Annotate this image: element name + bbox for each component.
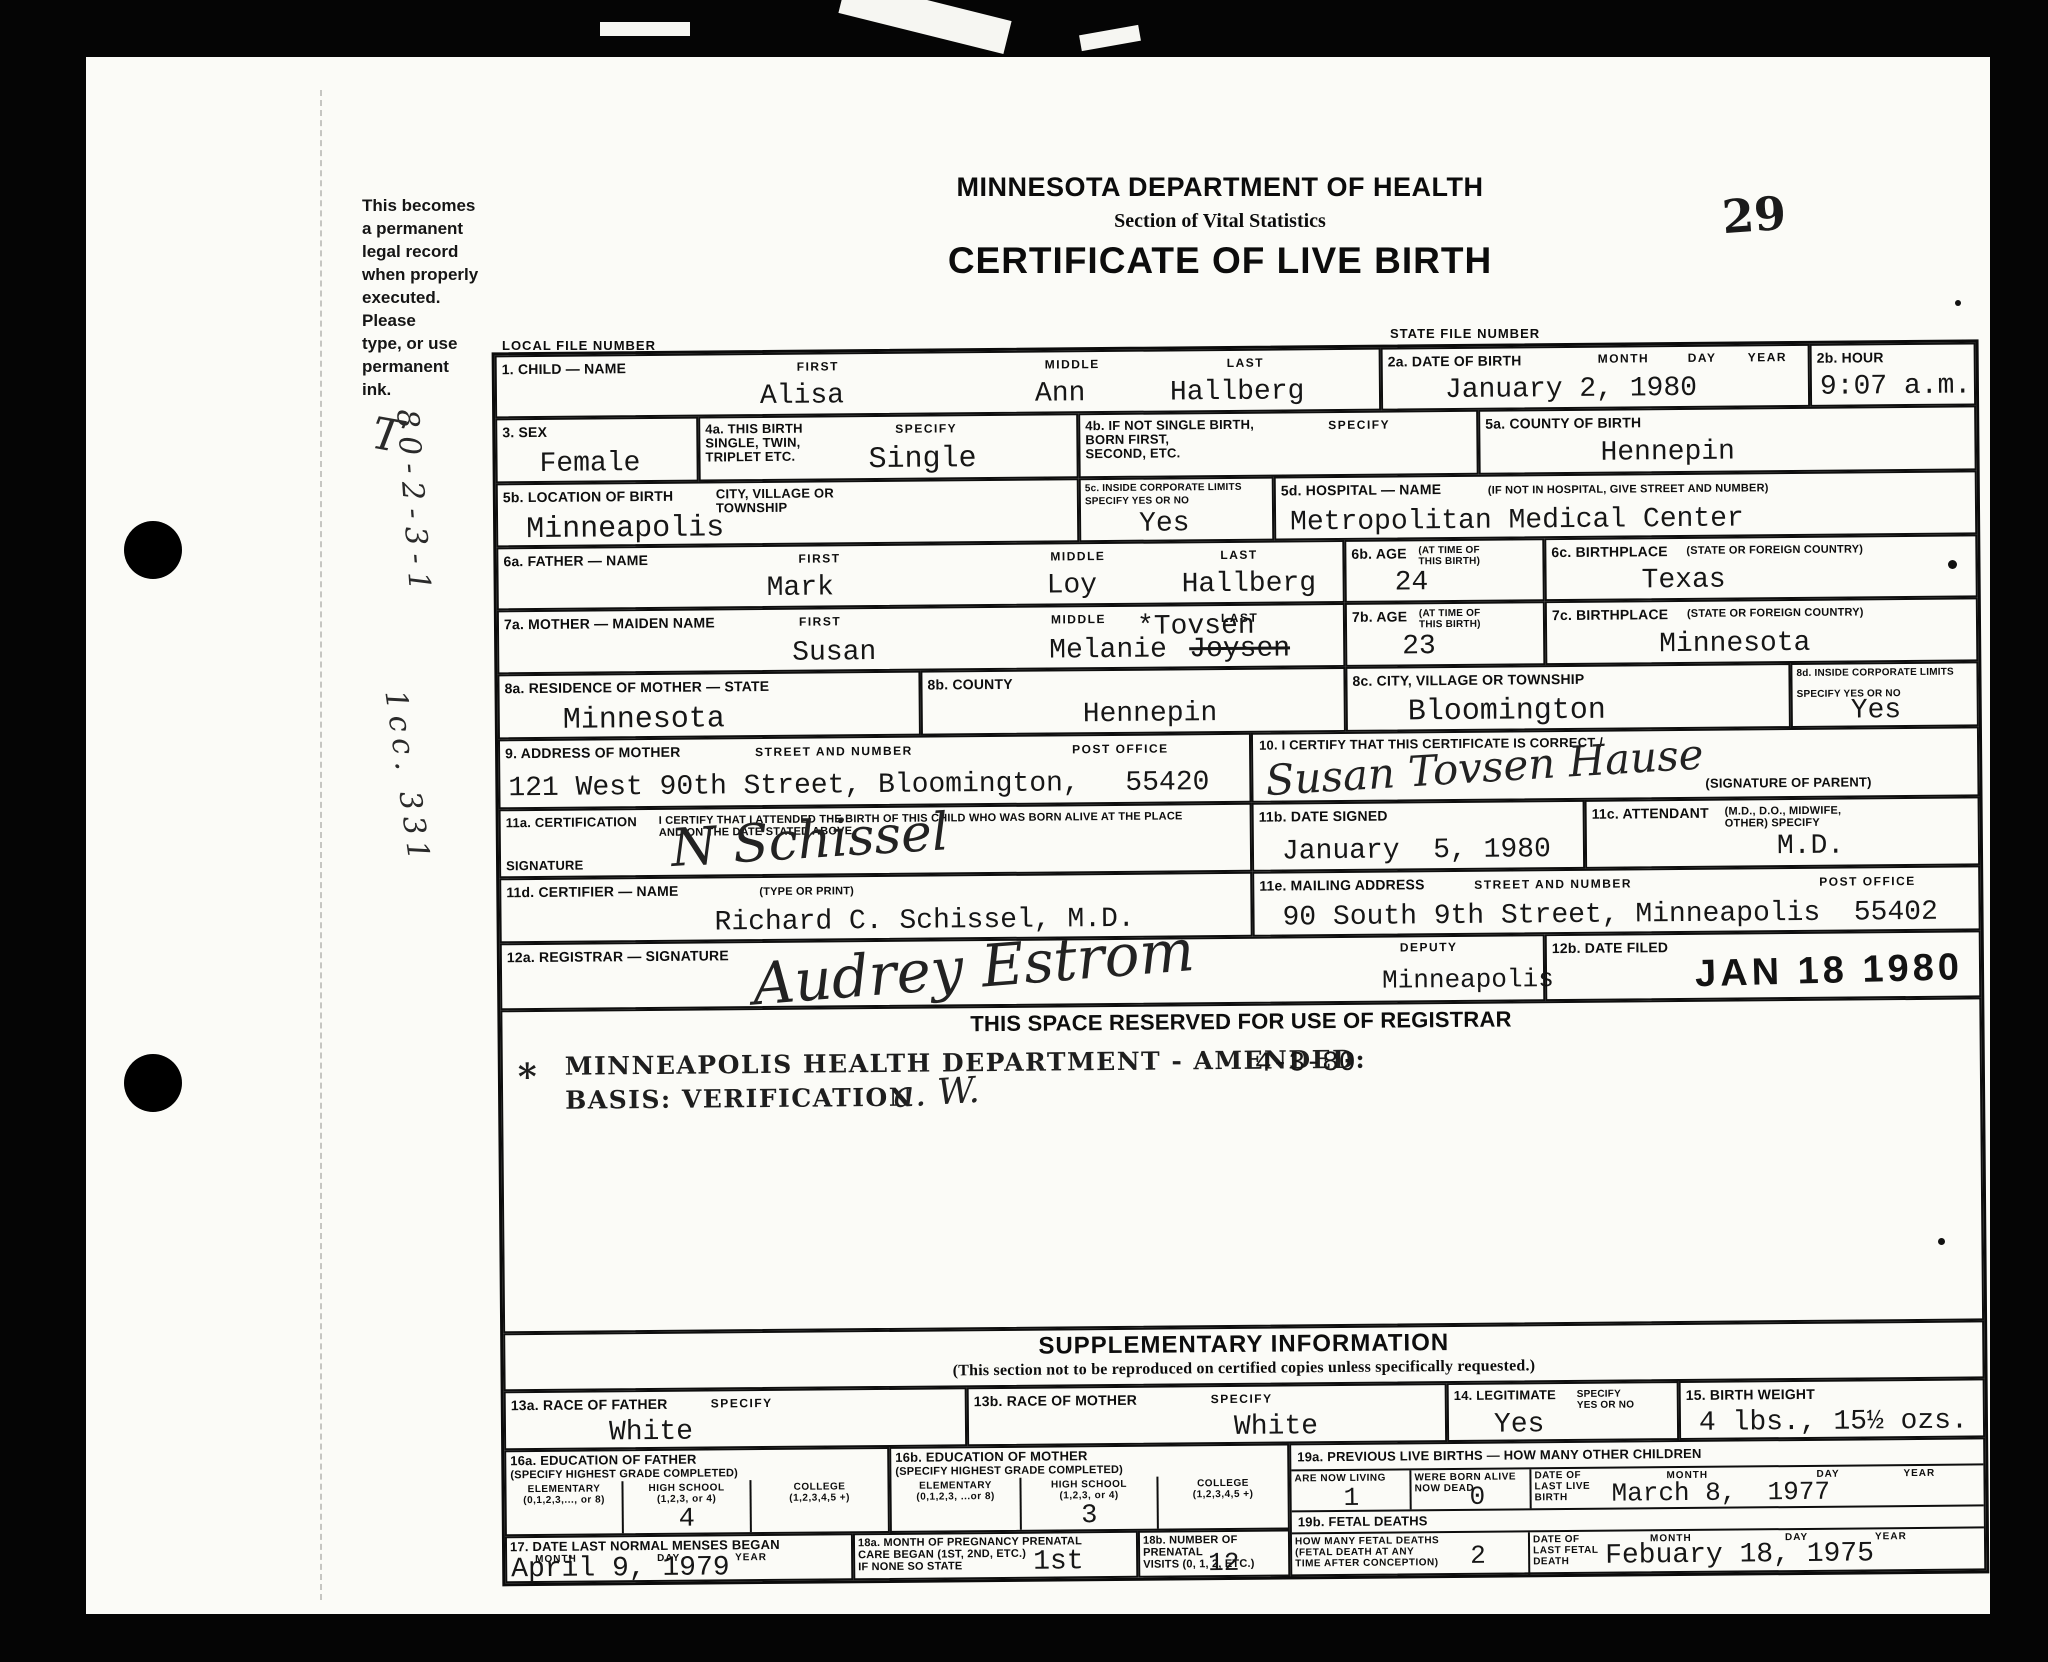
deputy-value: Minneapolis (1382, 964, 1554, 995)
scan-border-right (1990, 0, 2048, 1662)
mother-address-post-header: POST OFFICE (1072, 741, 1169, 756)
child-first-value: Alisa (760, 381, 844, 412)
prenatal-month-value: 1st (1033, 1547, 1084, 1577)
previous-births-living: ARE NOW LIVING 1 (1291, 1470, 1409, 1510)
last-fetal-death-header: DATE OF LAST FETAL DEATH (1533, 1534, 1599, 1568)
birth-order-specify-header: SPECIFY (1328, 418, 1390, 433)
hospital-label: 5d. HOSPITAL — NAME (1281, 481, 1442, 498)
mailing-address-label: 11e. MAILING ADDRESS (1259, 876, 1424, 893)
residence-state-label: 8a. RESIDENCE OF MOTHER — STATE (504, 678, 769, 696)
field-registrar-signature: 12a. REGISTRAR — SIGNATURE Audrey Estrom… (500, 934, 1546, 1010)
registrar-amended-date: 4-3-80 (1255, 1049, 1356, 1080)
mother-age-paren: (AT TIME OF THIS BIRTH) (1419, 608, 1481, 631)
fetal-deaths-howmany: HOW MANY FETAL DEATHS (FETAL DEATH AT AN… (1292, 1532, 1528, 1578)
fetal-deaths-howmany-value: 2 (1470, 1541, 1486, 1571)
fetal-deaths-lastdeath: DATE OF LAST FETAL DEATH MONTH DAY YEAR … (1528, 1528, 1988, 1576)
education-father-highschool-header: HIGH SCHOOL (1,2,3, or 4) (623, 1480, 749, 1505)
menses-year-header: YEAR (735, 1552, 767, 1563)
father-birthplace-paren: (STATE OR FOREIGN COUNTRY) (1686, 543, 1863, 557)
child-last-header: LAST (1227, 356, 1264, 370)
legitimate-sub: SPECIFY YES OR NO (1577, 1388, 1635, 1410)
margin-instruction-note: This becomes a permanent legal record wh… (362, 194, 478, 401)
father-middle-value: Loy (1047, 571, 1098, 601)
scan-artifact (600, 22, 690, 36)
page-number-stamp: 29 (1720, 186, 1788, 244)
birth-weight-value: 4 lbs., 15½ ozs. (1699, 1407, 1968, 1439)
field-residence-state: 8a. RESIDENCE OF MOTHER — STATE Minnesot… (497, 671, 921, 740)
education-father-highschool: HIGH SCHOOL (1,2,3, or 4) 4 (621, 1480, 749, 1533)
hospital-value: Metropolitan Medical Center (1290, 504, 1744, 538)
field-parent-certification: 10. I CERTIFY THAT THIS CERTIFICATE IS C… (1251, 726, 1980, 802)
certification-label: 11a. CERTIFICATION (506, 815, 637, 830)
certifier-name-label: 11d. CERTIFIER — NAME (506, 883, 678, 901)
field-date-filed: 12b. DATE FILED JAN 18 1980 (1545, 930, 1982, 1001)
education-father-elementary-header: ELEMENTARY (0,1,2,3,..., or 8) (506, 1481, 621, 1506)
mother-middle-header: MIDDLE (1051, 612, 1106, 626)
education-mother-elementary: ELEMENTARY (0,1,2,3, ...or 8) (891, 1478, 1019, 1531)
menses-value: April 9, 1979 (511, 1553, 730, 1585)
father-birthplace-label: 6c. BIRTHPLACE (1551, 543, 1668, 560)
this-birth-label: 4a. THIS BIRTH SINGLE, TWIN, TRIPLET ETC… (705, 422, 803, 465)
county-of-birth-value: Hennepin (1600, 438, 1735, 469)
education-father-college: COLLEGE (1,2,3,4,5 +) (749, 1479, 887, 1532)
child-last-value: Hallberg (1170, 377, 1305, 408)
residence-city-value: Bloomington (1408, 696, 1606, 728)
field-residence-city: 8c. CITY, VILLAGE OR TOWNSHIP Bloomingto… (1345, 663, 1791, 732)
education-mother-sub: (SPECIFY HIGHEST GRADE COMPLETED) (895, 1464, 1123, 1478)
mother-first-header: FIRST (799, 614, 841, 628)
dob-label: 2a. DATE OF BIRTH (1388, 352, 1522, 369)
residence-city-label: 8c. CITY, VILLAGE OR TOWNSHIP (1352, 671, 1584, 689)
field-hour: 2b. HOUR 9:07 a.m. (1810, 342, 1977, 406)
scan-border-top (0, 0, 2048, 57)
field-father-age: 6b. AGE (AT TIME OF THIS BIRTH) 24 (1344, 538, 1545, 603)
father-age-paren: (AT TIME OF THIS BIRTH) (1418, 545, 1480, 568)
location-of-birth-label: 5b. LOCATION OF BIRTH (503, 488, 674, 505)
field-mailing-address: 11e. MAILING ADDRESS STREET AND NUMBER P… (1252, 865, 1981, 936)
education-father-college-header: COLLEGE (1,2,3,4,5 +) (751, 1479, 887, 1504)
field-this-birth: 4a. THIS BIRTH SINGLE, TWIN, TRIPLET ETC… (698, 413, 1079, 481)
education-mother-college-header: COLLEGE (1,2,3,4,5 +) (1158, 1475, 1287, 1500)
certificate-title: CERTIFICATE OF LIVE BIRTH (500, 240, 1940, 282)
hole-punch-top (124, 521, 182, 579)
field-attendant: 11c. ATTENDANT (M.D., D.O., MIDWIFE, OTH… (1585, 796, 1981, 868)
race-father-specify-header: SPECIFY (711, 1396, 773, 1411)
residence-county-label: 8b. COUNTY (927, 676, 1012, 693)
location-of-birth-value: Minneapolis (526, 513, 724, 545)
field-birth-order: 4b. IF NOT SINGLE BIRTH, BORN FIRST, SEC… (1078, 410, 1479, 478)
previous-births-dead-value: 0 (1469, 1482, 1485, 1512)
fetal-deaths-howmany-header: HOW MANY FETAL DEATHS (FETAL DEATH AT AN… (1295, 1535, 1439, 1569)
previous-births-values-row: ARE NOW LIVING 1 WERE BORN ALIVE NOW DEA… (1291, 1465, 1983, 1510)
certification-signature-header: SIGNATURE (506, 859, 584, 874)
fetal-deaths-values-row: HOW MANY FETAL DEATHS (FETAL DEATH AT AN… (1292, 1528, 1984, 1578)
child-name-label: 1. CHILD — NAME (502, 360, 626, 377)
attendant-paren: (M.D., D.O., MIDWIFE, OTHER) SPECIFY (1725, 805, 1842, 830)
field-previous-births-block: 19a. PREVIOUS LIVE BIRTHS — HOW MANY OTH… (1289, 1437, 1986, 1576)
field-education-mother: 16b. EDUCATION OF MOTHER (SPECIFY HIGHES… (889, 1443, 1290, 1532)
residence-limits-value: Yes (1851, 696, 1902, 726)
education-father-sub: (SPECIFY HIGHEST GRADE COMPLETED) (510, 1467, 738, 1481)
field-hospital: 5d. HOSPITAL — NAME (IF NOT IN HOSPITAL,… (1274, 470, 1978, 540)
last-live-birth-value: March 8, 1977 (1611, 1477, 1830, 1509)
field-child-name: 1. CHILD — NAME FIRST MIDDLE LAST Alisa … (495, 348, 1382, 419)
previous-births-label: 19a. PREVIOUS LIVE BIRTHS — HOW MANY OTH… (1297, 1447, 1701, 1465)
field-location-of-birth: 5b. LOCATION OF BIRTH CITY, VILLAGE OR T… (496, 478, 1080, 547)
residence-state-value: Minnesota (563, 704, 725, 735)
mailing-street-header: STREET AND NUMBER (1474, 876, 1632, 891)
location-of-birth-sub: CITY, VILLAGE OR TOWNSHIP (716, 486, 834, 515)
registrar-space-title: THIS SPACE RESERVED FOR USE OF REGISTRAR (502, 1003, 1979, 1040)
field-prenatal-month: 18a. MONTH OF PREGNANCY PRENATAL CARE BE… (853, 1531, 1138, 1580)
mother-age-label: 7b. AGE (1352, 608, 1407, 624)
father-age-label: 6b. AGE (1351, 545, 1406, 561)
fold-line (320, 90, 322, 1600)
certificate-form: 1. CHILD — NAME FIRST MIDDLE LAST Alisa … (492, 339, 1990, 1586)
this-birth-value: Single (868, 444, 976, 475)
mailing-post-header: POST OFFICE (1819, 874, 1916, 889)
birth-order-label: 4b. IF NOT SINGLE BIRTH, BORN FIRST, SEC… (1085, 418, 1254, 461)
father-middle-header: MIDDLE (1050, 549, 1105, 563)
scan-border-bottom (0, 1614, 2048, 1662)
field-race-father: 13a. RACE OF FATHER SPECIFY White (504, 1387, 967, 1450)
birth-weight-label: 15. BIRTH WEIGHT (1686, 1386, 1815, 1403)
father-age-value: 24 (1395, 568, 1429, 598)
mother-first-value: Susan (792, 638, 876, 669)
dob-day-header: DAY (1688, 351, 1717, 365)
previous-births-dead: WERE BORN ALIVE NOW DEAD 0 (1409, 1469, 1529, 1509)
child-middle-header: MIDDLE (1045, 357, 1100, 371)
child-middle-value: Ann (1035, 379, 1086, 409)
field-education-father: 16a. EDUCATION OF FATHER (SPECIFY HIGHES… (504, 1447, 890, 1536)
scanned-birth-certificate: MINNESOTA DEPARTMENT OF HEALTH Section o… (0, 0, 2048, 1662)
race-mother-label: 13b. RACE OF MOTHER (974, 1392, 1137, 1409)
mother-name-label: 7a. MOTHER — MAIDEN NAME (504, 614, 715, 632)
previous-births-living-header: ARE NOW LIVING (1294, 1473, 1386, 1485)
last-live-birth-header: DATE OF LAST LIVE BIRTH (1534, 1470, 1590, 1503)
mother-address-street-value: 121 West 90th Street, Bloomington, (508, 769, 1080, 804)
this-birth-specify-header: SPECIFY (895, 421, 957, 436)
attendant-label: 11c. ATTENDANT (1592, 805, 1709, 822)
father-name-label: 6a. FATHER — NAME (503, 552, 648, 569)
scan-speck (1955, 300, 1961, 306)
field-race-mother: 13b. RACE OF MOTHER SPECIFY White (967, 1383, 1447, 1446)
fetal-deaths-label: 19b. FETAL DEATHS (1298, 1514, 1428, 1529)
sex-value: Female (539, 449, 640, 480)
field-father-birthplace: 6c. BIRTHPLACE (STATE OR FOREIGN COUNTRY… (1544, 534, 1978, 601)
date-signed-value: January 5, 1980 (1282, 835, 1551, 867)
date-signed-label: 11b. DATE SIGNED (1259, 808, 1388, 825)
field-mother-age: 7b. AGE (AT TIME OF THIS BIRTH) 23 (1345, 601, 1546, 667)
registrar-space: THIS SPACE RESERVED FOR USE OF REGISTRAR… (500, 997, 1984, 1333)
mother-address-street-header: STREET AND NUMBER (755, 744, 913, 759)
mother-birthplace-paren: (STATE OR FOREIGN COUNTRY) (1687, 606, 1864, 620)
field-prenatal-visits: 18b. NUMBER OF PRENATAL VISITS (0, 1, 2,… (1138, 1529, 1290, 1577)
parent-signature-caption: (SIGNATURE OF PARENT) (1705, 775, 1871, 790)
field-corporate-limits: 5c. INSIDE CORPORATE LIMITS SPECIFY YES … (1079, 477, 1275, 543)
field-date-of-birth: 2a. DATE OF BIRTH MONTH DAY YEAR January… (1381, 344, 1811, 411)
field-county-of-birth: 5a. COUNTY OF BIRTH Hennepin (1478, 405, 1977, 474)
date-filed-stamp: JAN 18 1980 (1695, 946, 1964, 996)
father-last-value: Hallberg (1182, 569, 1317, 600)
race-mother-specify-header: SPECIFY (1211, 1392, 1273, 1407)
corporate-limits-value: Yes (1139, 509, 1190, 539)
father-last-header: LAST (1220, 548, 1257, 562)
legitimate-label: 14. LEGITIMATE (1454, 1388, 1556, 1403)
corporate-limits-label: 5c. INSIDE CORPORATE LIMITS (1085, 482, 1242, 494)
education-father-highschool-value: 4 (624, 1504, 750, 1535)
residence-limits-label: 8d. INSIDE CORPORATE LIMITS (1796, 667, 1954, 679)
mother-address-post-value: 55420 (1125, 768, 1209, 799)
hospital-note: (IF NOT IN HOSPITAL, GIVE STREET AND NUM… (1488, 482, 1769, 496)
registrar-basis-initials: a. W. (892, 1070, 981, 1116)
state-file-number-label: STATE FILE NUMBER (1390, 326, 1540, 341)
sex-label: 3. SEX (502, 424, 547, 440)
field-residence-county: 8b. COUNTY Hennepin (920, 667, 1346, 736)
education-father-label: 16a. EDUCATION OF FATHER (510, 1453, 696, 1469)
education-mother-highschool-value: 3 (1022, 1501, 1157, 1532)
previous-births-living-value: 1 (1343, 1483, 1359, 1513)
field-mother-address: 9. ADDRESS OF MOTHER STREET AND NUMBER P… (498, 733, 1252, 810)
education-mother-highschool: HIGH SCHOOL (1,2,3, or 4) 3 (1019, 1477, 1156, 1530)
father-birthplace-value: Texas (1642, 566, 1726, 597)
hole-punch-bottom (124, 1054, 182, 1112)
mailing-address-value: 90 South 9th Street, Minneapolis 55402 (1282, 898, 1938, 934)
date-filed-label: 12b. DATE FILED (1552, 939, 1668, 956)
field-legitimate: 14. LEGITIMATE SPECIFY YES OR NO Yes (1447, 1381, 1680, 1442)
hour-label: 2b. HOUR (1817, 349, 1884, 366)
field-mother-name: 7a. MOTHER — MAIDEN NAME FIRST MIDDLE LA… (497, 603, 1346, 674)
dob-month-header: MONTH (1598, 351, 1650, 365)
prenatal-visits-value: 12 (1208, 1548, 1239, 1578)
deputy-header: DEPUTY (1400, 940, 1458, 955)
county-of-birth-label: 5a. COUNTY OF BIRTH (1485, 414, 1641, 431)
last-fetal-death-year-header: YEAR (1875, 1531, 1907, 1542)
race-father-value: White (609, 1418, 693, 1449)
corporate-limits-sub: SPECIFY YES OR NO (1085, 495, 1189, 507)
education-father-elementary: ELEMENTARY (0,1,2,3,..., or 8) (506, 1481, 621, 1534)
father-first-value: Mark (767, 573, 834, 604)
mother-birthplace-value: Minnesota (1659, 629, 1810, 660)
field-date-signed: 11b. DATE SIGNED January 5, 1980 (1252, 800, 1586, 872)
race-father-label: 13a. RACE OF FATHER (511, 1396, 668, 1413)
mother-last-correction: *Tovsen (1137, 612, 1255, 643)
education-mother-college: COLLEGE (1,2,3,4,5 +) (1156, 1475, 1287, 1528)
registrar-basis-line: BASIS: VERIFICATION (565, 1083, 913, 1115)
father-first-header: FIRST (798, 551, 840, 565)
scan-border-left (0, 0, 86, 1662)
hour-value: 9:07 a.m. (1820, 371, 1971, 402)
certifier-name-paren: (TYPE OR PRINT) (759, 885, 854, 898)
dob-value: January 2, 1980 (1445, 374, 1697, 406)
attendant-value: M.D. (1777, 832, 1844, 863)
child-first-header: FIRST (797, 359, 839, 373)
field-mother-birthplace: 7c. BIRTHPLACE (STATE OR FOREIGN COUNTRY… (1545, 597, 1979, 665)
registrar-space-star: * (518, 1056, 539, 1098)
education-mother-elementary-header: ELEMENTARY (0,1,2,3, ...or 8) (891, 1478, 1019, 1503)
mother-birthplace-label: 7c. BIRTHPLACE (1552, 606, 1669, 623)
field-certification: 11a. CERTIFICATION I CERTIFY THAT I ATTE… (499, 803, 1253, 879)
legitimate-value: Yes (1494, 1410, 1545, 1440)
registrar-signature-label: 12a. REGISTRAR — SIGNATURE (507, 947, 729, 965)
field-residence-limits: 8d. INSIDE CORPORATE LIMITS SPECIFY YES … (1790, 661, 1979, 728)
last-fetal-death-value: Febuary 18, 1975 (1605, 1539, 1874, 1571)
race-mother-value: White (1234, 1412, 1318, 1443)
previous-births-dead-header: WERE BORN ALIVE NOW DEAD (1414, 1471, 1516, 1494)
mother-address-label: 9. ADDRESS OF MOTHER (505, 744, 681, 762)
education-mother-highschool-header: HIGH SCHOOL (1,2,3, or 4) (1021, 1477, 1156, 1502)
field-birth-weight: 15. BIRTH WEIGHT 4 lbs., 15½ ozs. (1679, 1378, 1986, 1440)
previous-births-last-birth: DATE OF LAST LIVE BIRTH MONTH DAY YEAR M… (1529, 1465, 1987, 1508)
field-father-name: 6a. FATHER — NAME FIRST MIDDLE LAST Mark… (496, 540, 1345, 610)
dob-year-header: YEAR (1748, 350, 1787, 364)
field-menses: 17. DATE LAST NORMAL MENSES BEGAN MONTH … (505, 1533, 853, 1583)
education-mother-label: 16b. EDUCATION OF MOTHER (895, 1449, 1087, 1465)
field-sex: 3. SEX Female (495, 417, 699, 484)
residence-county-value: Hennepin (1083, 699, 1218, 730)
mother-age-value: 23 (1402, 632, 1436, 662)
last-live-birth-year-header: YEAR (1903, 1468, 1935, 1479)
